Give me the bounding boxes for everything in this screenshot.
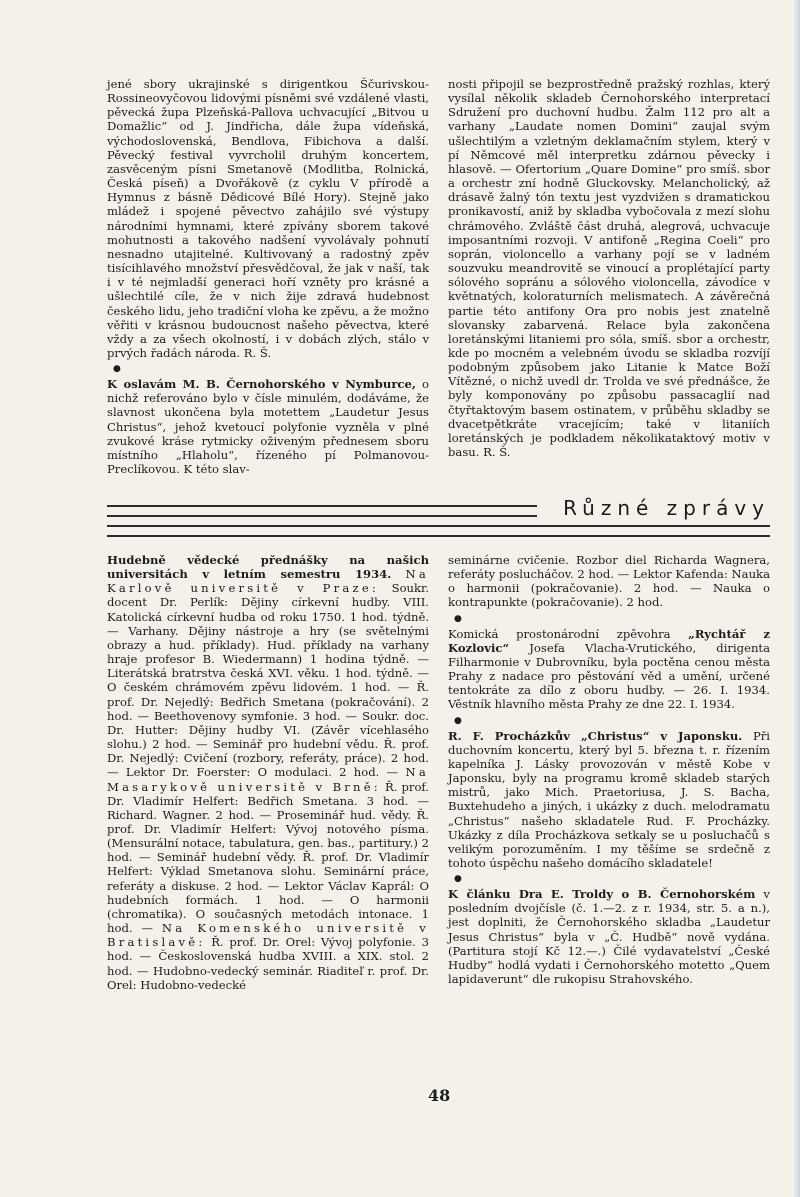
column-bottom-left: Hudebně vědecké přednášky na našich univ… xyxy=(107,553,429,992)
bullet-separator: ● xyxy=(448,872,770,886)
festival-report-paragraph: jené sbory ukrajinské s dirigentkou Ščur… xyxy=(107,77,429,360)
header-rule xyxy=(107,505,537,507)
bullet-separator: ● xyxy=(107,362,429,376)
article-heading: K oslavám M. B. Černohorského v Nymburce… xyxy=(107,377,416,391)
trolda-article: K článku Dra E. Troldy o B. Černohorském… xyxy=(448,887,770,986)
nymburk-article: K oslavám M. B. Černohorského v Nymburce… xyxy=(107,377,429,476)
article-heading: K článku Dra E. Troldy o B. Černohorském xyxy=(448,887,755,901)
page-edge xyxy=(794,0,800,1197)
article-body: Při duchovním koncertu, který byl 5. bře… xyxy=(448,729,770,870)
christus-japan-article: R. F. Procházkův „Christus“ v Japonsku. … xyxy=(448,729,770,871)
column-top-right: nosti připojil se bezprostředně pražský … xyxy=(448,77,770,459)
header-rule xyxy=(107,515,537,517)
section-header: Různé zprávy xyxy=(107,498,770,543)
bullet-separator: ● xyxy=(448,714,770,728)
column-top-left: jené sbory ukrajinské s dirigentkou Ščur… xyxy=(107,77,429,476)
lectures-article: Hudebně vědecké přednášky na našich univ… xyxy=(107,553,429,992)
article-body: Ř. prof. Dr. Vladimír Helfert: Bedřich S… xyxy=(107,780,429,936)
article-body: v posledním dvojčísle (č. 1.—2. z r. 193… xyxy=(448,887,770,986)
column-bottom-right: seminárne cvičenie. Rozbor diel Richarda… xyxy=(448,553,770,986)
article-body: Soukr. docent Dr. Perlík: Dějiny církevn… xyxy=(107,581,429,779)
article-body: Komická prostonárodní zpěvohra xyxy=(448,627,688,641)
header-rule xyxy=(107,525,770,527)
header-rule xyxy=(107,535,770,537)
lectures-continuation: seminárne cvičenie. Rozbor diel Richarda… xyxy=(448,553,770,610)
section-title: Různé zprávy xyxy=(559,496,770,520)
article-heading: Hudebně vědecké přednášky na našich univ… xyxy=(107,553,429,581)
opera-award-article: Komická prostonárodní zpěvohra „Rychtář … xyxy=(448,627,770,712)
article-heading: R. F. Procházkův „Christus“ v Japonsku. xyxy=(448,729,742,743)
broadcast-report-paragraph: nosti připojil se bezprostředně pražský … xyxy=(448,77,770,459)
bullet-separator: ● xyxy=(448,612,770,626)
page-number: 48 xyxy=(428,1086,450,1105)
article-body: o nichž referováno bylo v čísle minulém,… xyxy=(107,377,429,476)
